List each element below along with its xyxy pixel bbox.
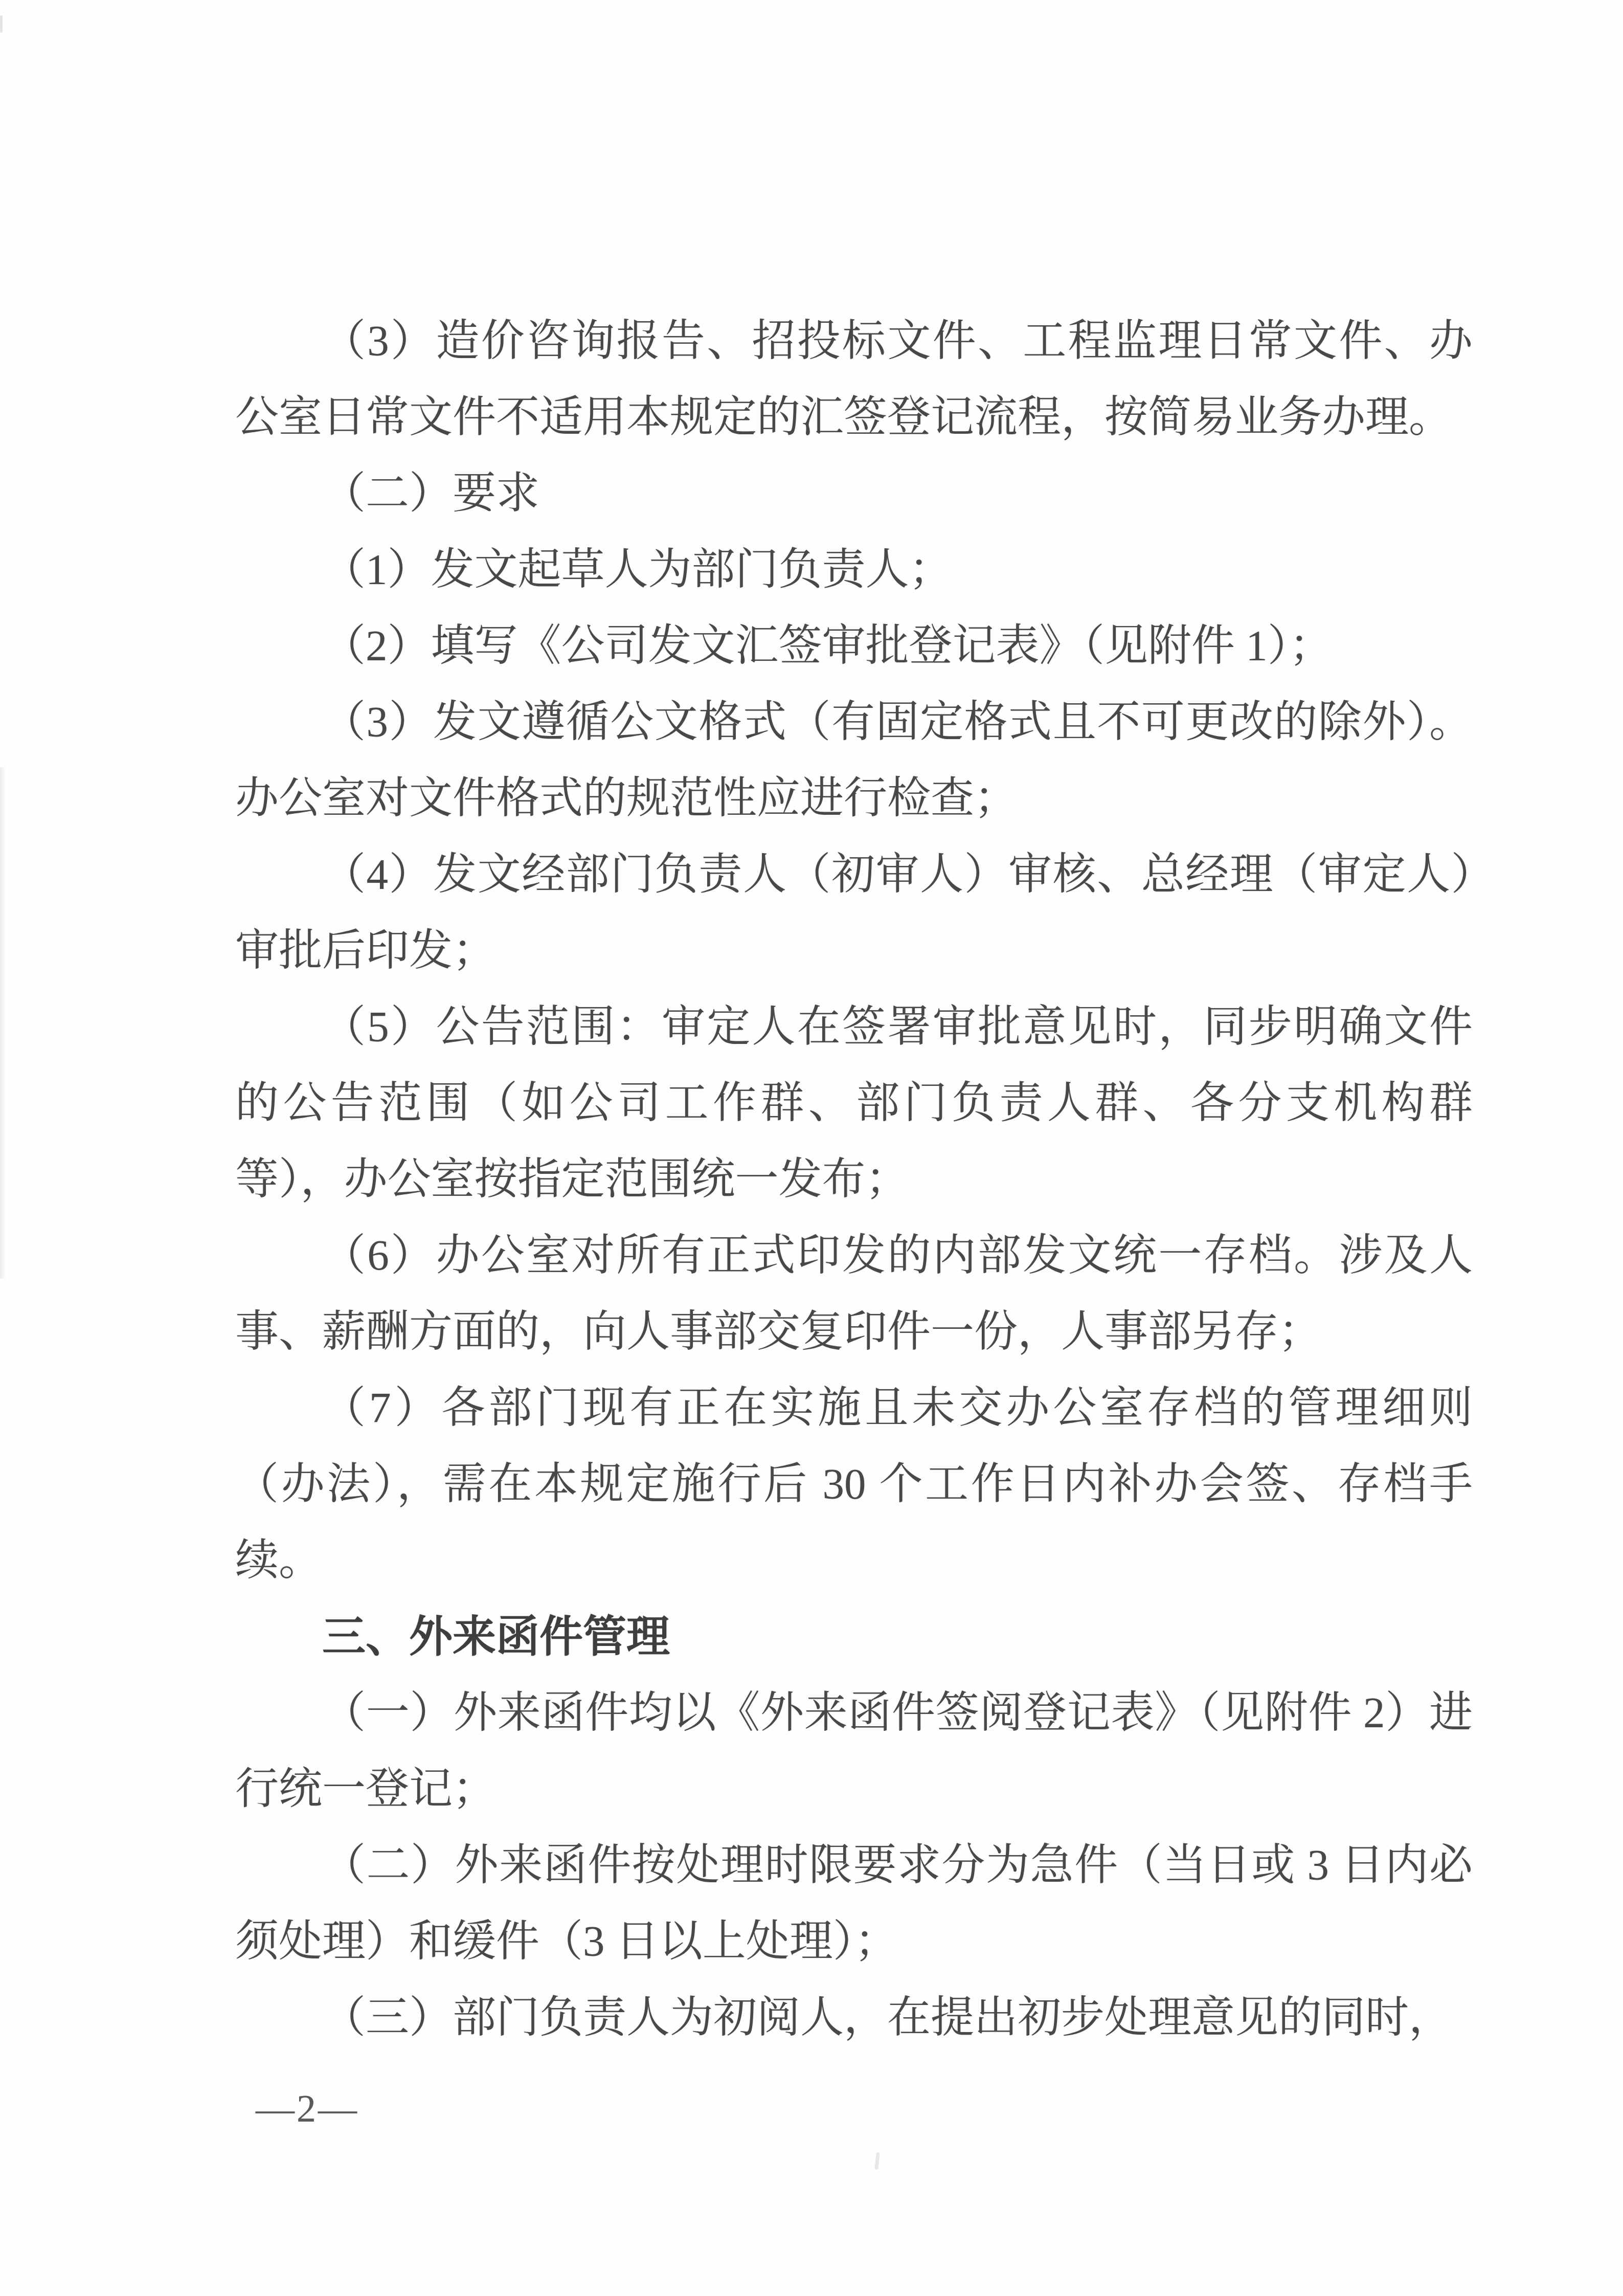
scan-artifact	[874, 2152, 880, 2170]
paragraph: （一）外来函件均以《外来函件签阅登记表》（见附件 2）进行统一登记；	[235, 1675, 1473, 1827]
page-number: —2—	[256, 2086, 359, 2132]
paragraph: （7）各部门现有正在实施且未交办公室存档的管理细则（办法），需在本规定施行后 3…	[235, 1370, 1473, 1599]
scan-artifact	[0, 15, 3, 33]
paragraph: （2）填写《公司发文汇签审批登记表》（见附件 1）；	[235, 608, 1473, 684]
paragraph: （3）发文遵循公文格式（有固定格式且不可更改的除外）。办公室对文件格式的规范性应…	[235, 684, 1473, 837]
paragraph: （6）办公室对所有正式印发的内部发文统一存档。涉及人事、薪酬方面的，向人事部交复…	[235, 1218, 1473, 1370]
paragraph: （4）发文经部门负责人（初审人）审核、总经理（审定人）审批后印发；	[235, 837, 1473, 989]
section-heading: 三、外来函件管理	[235, 1599, 1473, 1675]
paragraph: （三）部门负责人为初阅人，在提出初步处理意见的同时，	[235, 1980, 1473, 2056]
paragraph: （二）外来函件按处理时限要求分为急件（当日或 3 日内必须处理）和缓件（3 日以…	[235, 1827, 1473, 1980]
paragraph: （1）发文起草人为部门负责人；	[235, 532, 1473, 608]
document-body: （3）造价咨询报告、招投标文件、工程监理日常文件、办公室日常文件不适用本规定的汇…	[235, 303, 1473, 2056]
document-page: （3）造价咨询报告、招投标文件、工程监理日常文件、办公室日常文件不适用本规定的汇…	[0, 0, 1623, 2296]
paragraph: （3）造价咨询报告、招投标文件、工程监理日常文件、办公室日常文件不适用本规定的汇…	[235, 303, 1473, 456]
paragraph: （二）要求	[235, 456, 1473, 532]
scan-edge-shade	[0, 767, 6, 1279]
paragraph: （5）公告范围：审定人在签署审批意见时，同步明确文件的公告范围（如公司工作群、部…	[235, 989, 1473, 1218]
